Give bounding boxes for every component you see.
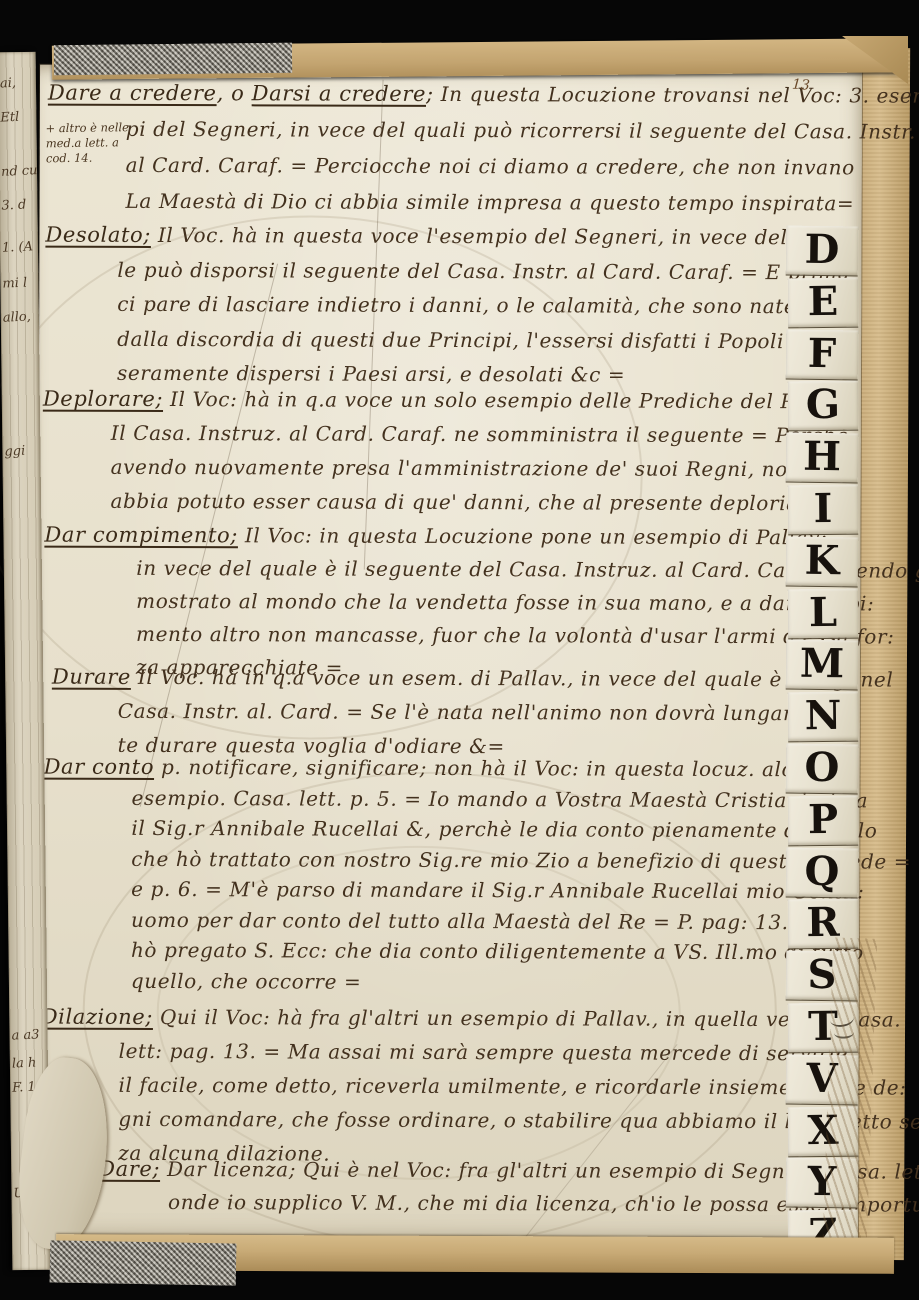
cloth-texture-top bbox=[54, 43, 292, 75]
entry-line: avendo nuovamente presa l'amministrazion… bbox=[43, 455, 856, 492]
page-number: 13 bbox=[791, 77, 810, 94]
tab-letter: N bbox=[805, 696, 842, 736]
entry-body-text: Il Voc. hà in questa voce l'esempio del … bbox=[151, 223, 841, 249]
entry-body-text: Il Voc: in questa Locuzione pone un esem… bbox=[238, 523, 828, 549]
margin-note-line: + altro è nelle bbox=[45, 120, 129, 136]
tab-letter: H bbox=[803, 437, 841, 477]
tab-M[interactable]: M bbox=[786, 640, 859, 691]
previous-page-text-fragment: mi l bbox=[2, 276, 27, 292]
headword: Dar compimento; bbox=[44, 523, 238, 548]
tab-letter: L bbox=[809, 593, 838, 633]
tab-letter: D bbox=[804, 230, 839, 270]
entry-body-text: In questa Locuzione trovansi nel Voc: 3.… bbox=[434, 82, 919, 108]
tab-letter: P bbox=[808, 800, 838, 840]
tab-P[interactable]: P bbox=[788, 795, 859, 846]
entry-body-text: Il Voc. hà in q.a voce un esem. di Palla… bbox=[131, 665, 894, 692]
tab-letter: I bbox=[813, 489, 832, 529]
entry-deplorare: Deplorare; Il Voc: hà in q.a voce un sol… bbox=[42, 387, 855, 526]
entry-line: esempio. Casa. lett. p. 5. = Io mando a … bbox=[43, 785, 911, 819]
manuscript-page: 13 + altro è nellemed.a lett. acod. 14. … bbox=[36, 65, 862, 1244]
entry-line: quello, che occorre = bbox=[43, 968, 911, 1002]
cloth-texture-bottom bbox=[50, 1240, 237, 1285]
margin-note: + altro è nellemed.a lett. acod. 14. bbox=[45, 120, 129, 166]
tab-letter: Q bbox=[804, 852, 839, 892]
entry-line: pi del Segneri, in vece del quali può ri… bbox=[48, 117, 919, 156]
headword: Desolato; bbox=[45, 223, 151, 247]
headword: Dar conto bbox=[44, 755, 155, 779]
tab-D[interactable]: D bbox=[786, 226, 859, 277]
tab-F[interactable]: F bbox=[786, 329, 859, 380]
entry-line: Dare a credere, o Darsi a credere; In qu… bbox=[48, 81, 919, 120]
entry-durare: Durare Il Voc. hà in q.a voce un esem. d… bbox=[52, 665, 894, 770]
previous-page-text-fragment: Etl bbox=[0, 110, 20, 126]
headword: Dare; bbox=[98, 1157, 160, 1181]
tab-L[interactable]: L bbox=[788, 588, 859, 639]
tab-letter: M bbox=[800, 644, 845, 685]
entry-line: hò pregato S. Ecc: che dia conto diligen… bbox=[43, 938, 911, 972]
entry-line: dalla discordia di questi due Principi, … bbox=[45, 326, 850, 363]
entry-line: La Maestà di Dio ci abbia simile impresa… bbox=[47, 189, 919, 228]
tab-letter: E bbox=[808, 282, 839, 322]
tab-letter: F bbox=[808, 334, 837, 374]
headword: Dilazione; bbox=[41, 1005, 153, 1029]
tab-O[interactable]: O bbox=[786, 744, 859, 795]
tab-E[interactable]: E bbox=[788, 277, 859, 328]
entry-line: il Sig.r Annibale Rucellai &, perchè le … bbox=[43, 816, 911, 850]
entry-line: al Card. Caraf. = Perciocche noi ci diam… bbox=[48, 153, 919, 192]
tab-N[interactable]: N bbox=[788, 692, 859, 743]
entry-dar-conto: Dar conto p. notificare, significare; no… bbox=[43, 755, 912, 1002]
entry-line: che hò trattato con nostro Sig.re mio Zi… bbox=[43, 846, 911, 880]
tab-Q[interactable]: Q bbox=[786, 847, 859, 898]
headword: Dare a credere, o Darsi a credere; bbox=[48, 81, 434, 106]
previous-page-text-fragment: 1. (A bbox=[2, 239, 34, 255]
previous-page-text-fragment: ggi bbox=[4, 444, 25, 460]
entry-body-text: Il Voc: hà in q.a voce un solo esempio d… bbox=[163, 387, 856, 413]
previous-page-text-fragment: ai, bbox=[0, 76, 16, 92]
tab-letter: O bbox=[804, 748, 839, 788]
entry-line: e p. 6. = M'è parso di mandare il Sig.r … bbox=[43, 877, 911, 911]
entry-desolato: Desolato; Il Voc. hà in questa voce l'es… bbox=[45, 223, 851, 398]
entry-body-text: p. notificare, significare; non hà il Vo… bbox=[154, 755, 833, 781]
entry-dare-a-credere: Dare a credere, o Darsi a credere; In qu… bbox=[47, 81, 919, 228]
margin-note-line: cod. 14. bbox=[46, 150, 130, 166]
entry-line: uomo per dar conto del tutto alla Maestà… bbox=[43, 907, 911, 941]
margin-note-line: med.a lett. a bbox=[46, 135, 130, 151]
entry-line: Casa. Instr. al. Card. = Se l'è nata nel… bbox=[52, 699, 894, 736]
previous-page-text-fragment: nd cu bbox=[1, 163, 38, 180]
tab-H[interactable]: H bbox=[786, 433, 859, 484]
tab-G[interactable]: G bbox=[788, 381, 859, 432]
previous-page-text-fragment: a a3 bbox=[11, 1027, 40, 1043]
tab-K[interactable]: K bbox=[786, 536, 859, 587]
entry-line: Durare Il Voc. hà in q.a voce un esem. d… bbox=[52, 665, 894, 702]
tab-letter: K bbox=[804, 541, 839, 581]
previous-page-text-fragment: 3. d bbox=[1, 198, 27, 214]
previous-page-text-fragment: la h bbox=[12, 1055, 37, 1071]
previous-page-text-fragment: allo, bbox=[2, 309, 31, 325]
tab-I[interactable]: I bbox=[788, 485, 859, 536]
entry-line: le può disporsi il seguente del Casa. In… bbox=[45, 257, 850, 294]
entry-line: Dar conto p. notificare, significare; no… bbox=[44, 755, 912, 789]
entry-line: ci pare di lasciare indietro i danni, o … bbox=[45, 292, 850, 329]
headword: Durare bbox=[52, 665, 131, 689]
headword: Deplorare; bbox=[43, 387, 163, 411]
entry-line: abbia potuto esser causa di que' danni, … bbox=[42, 489, 855, 526]
tab-letter: G bbox=[806, 386, 841, 426]
entry-line: Il Casa. Instruz. al Card. Caraf. ne som… bbox=[43, 421, 856, 458]
entry-line: Deplorare; Il Voc: hà in q.a voce un sol… bbox=[43, 387, 856, 424]
entry-line: Desolato; Il Voc. hà in questa voce l'es… bbox=[45, 223, 850, 260]
